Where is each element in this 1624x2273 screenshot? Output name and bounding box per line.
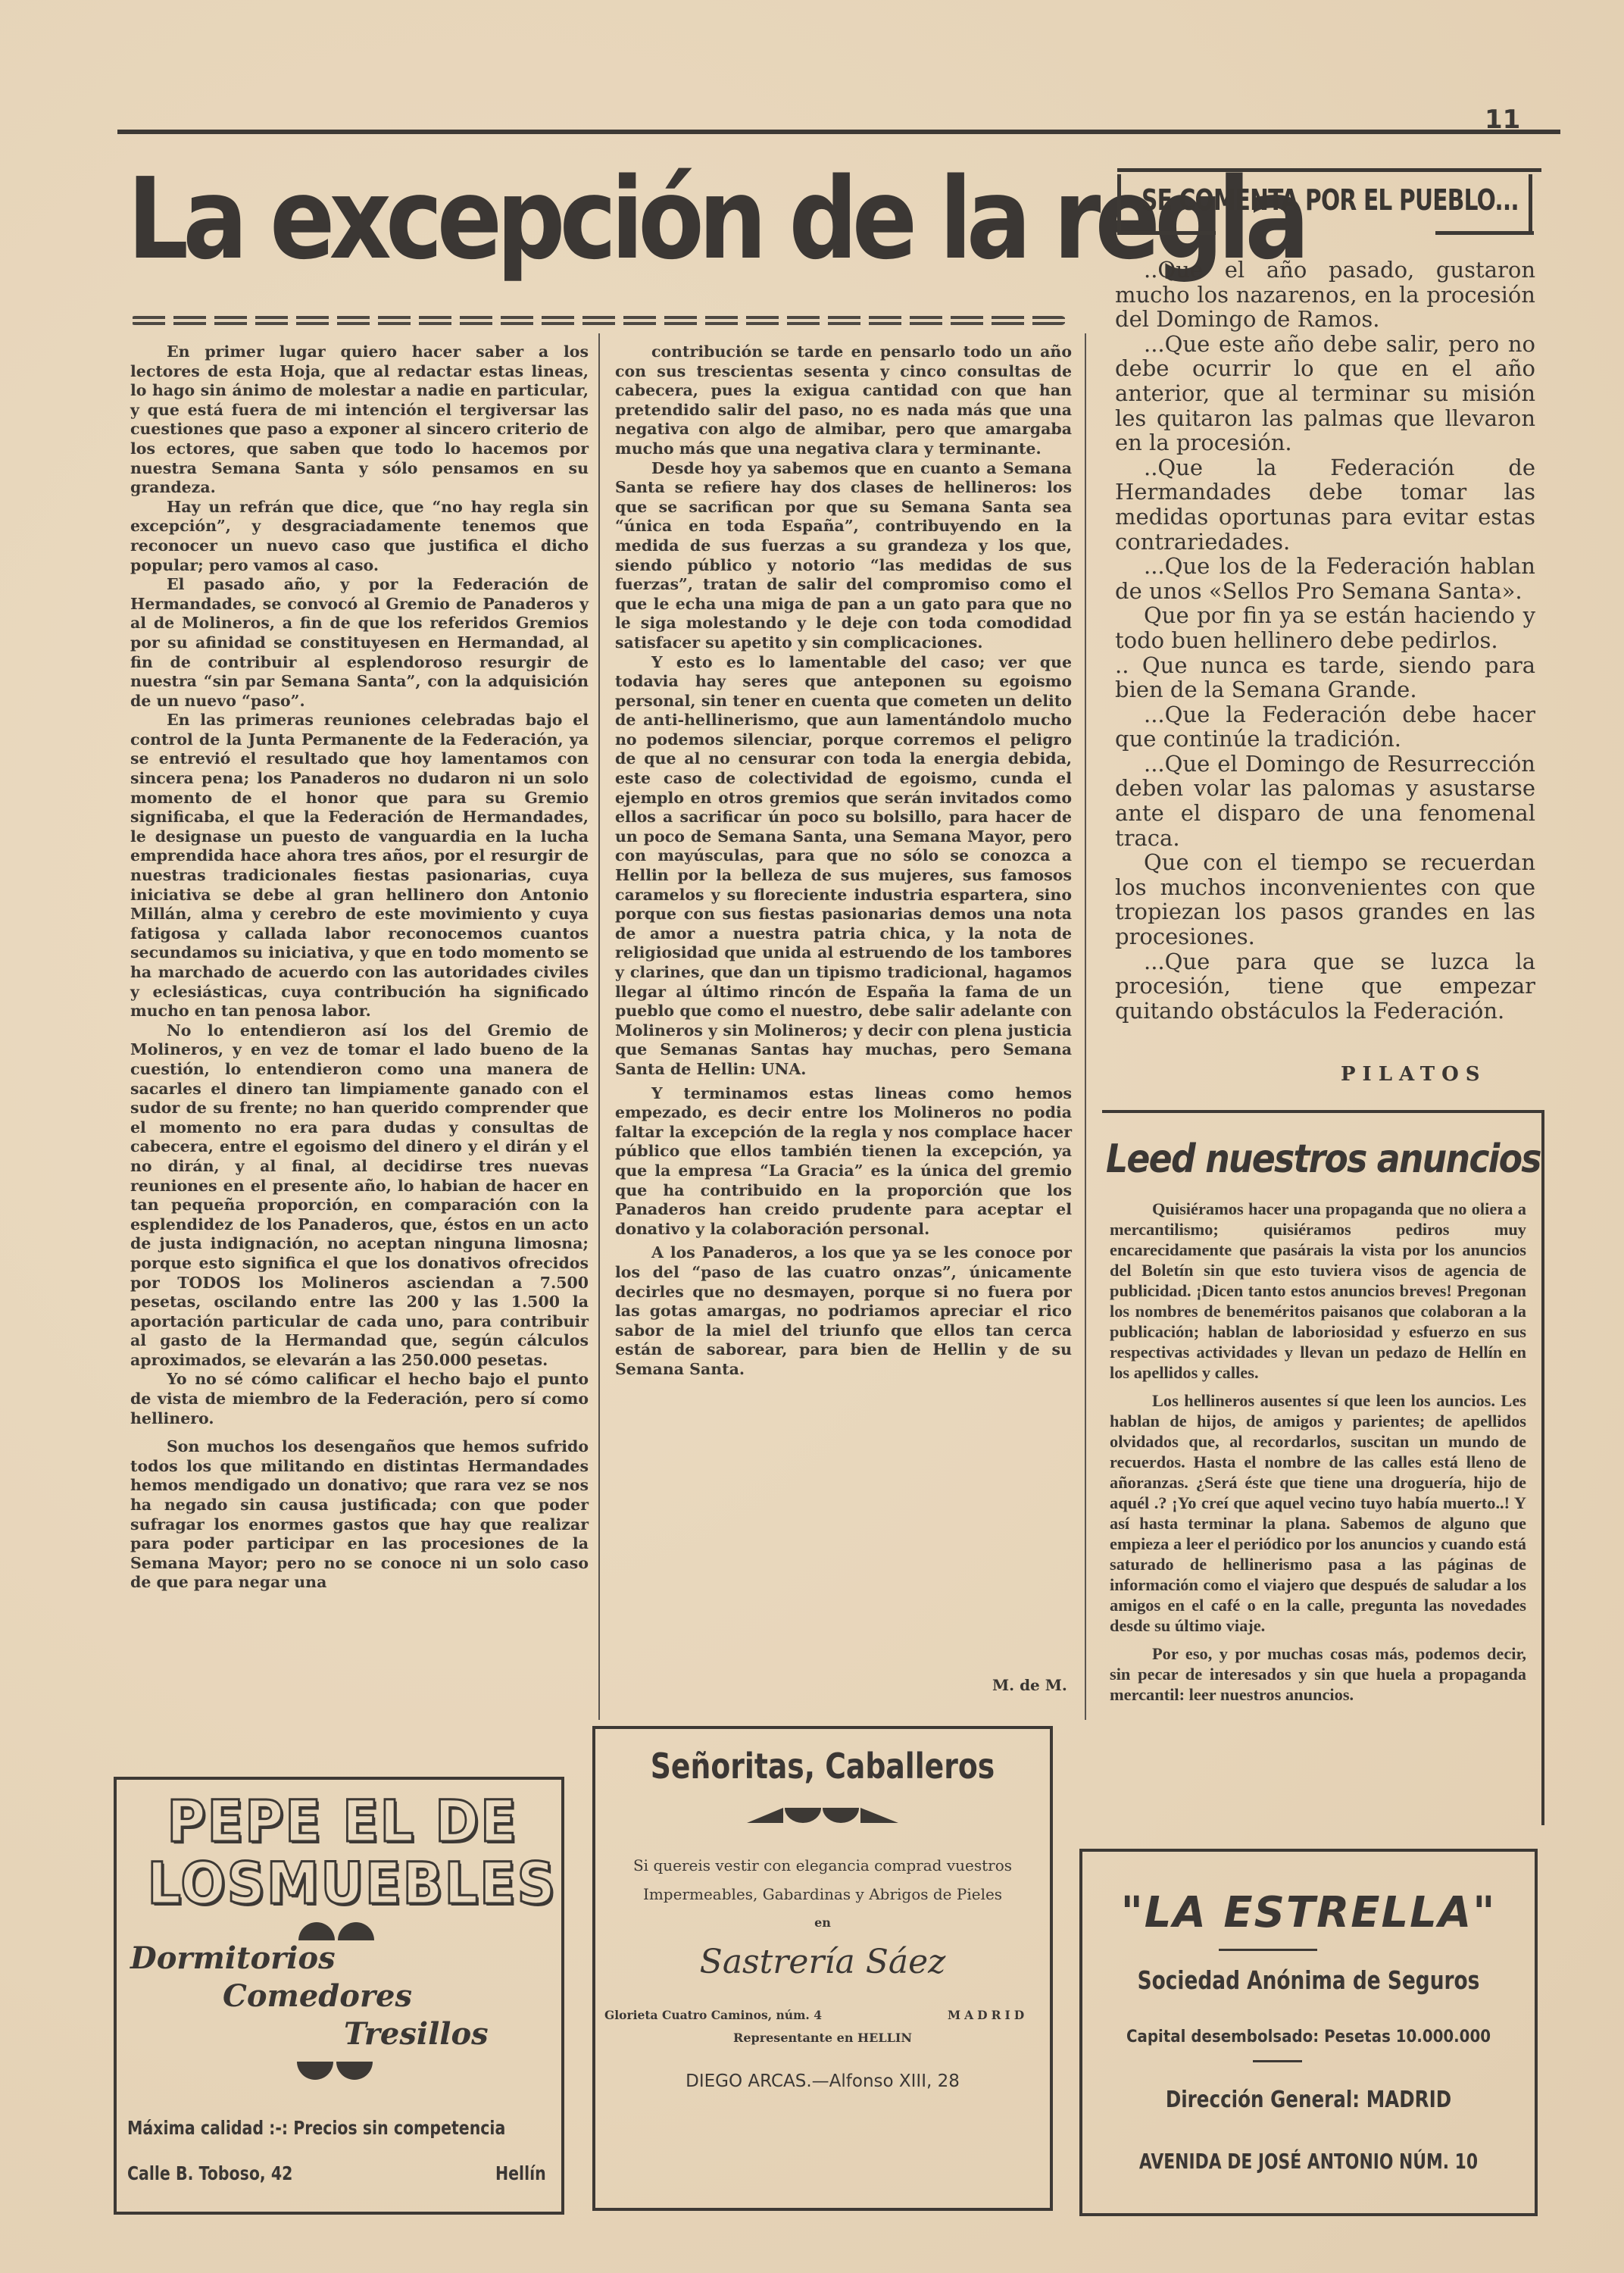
article-title: La excepción de la regla <box>127 163 948 275</box>
ad-pepe-title: PEPE EL DE LOSMUEBLES <box>147 1790 537 1915</box>
article-signature: M. de M. <box>992 1676 1067 1694</box>
ad-pepe-city: Hellín <box>495 2162 546 2184</box>
ad-pepe-tagline: Máxima calidad :-: Precios sin competenc… <box>127 2117 505 2139</box>
ad-sastre-line2: Impermeables, Gabardinas y Abrigos de Pi… <box>595 1885 1050 1903</box>
ad-estrella-subtitle: Sociedad Anónima de Seguros <box>1128 1965 1490 1995</box>
paragraph: Desde hoy ya sabemos que en cuanto a Sem… <box>615 459 1072 653</box>
ad-sastre-address: Glorieta Cuatro Caminos, núm. 4 <box>604 2008 822 2022</box>
paragraph: Y esto es lo lamentable del caso; ver qu… <box>615 653 1072 1080</box>
paragraph: Los hellineros ausentes sí que leen los … <box>1110 1390 1526 1636</box>
ad-estrella-capital: Capital desembolsado: Pesetas 10.000.000 <box>1105 2028 1512 2046</box>
header-rule <box>117 130 1560 134</box>
ornament-half-circle-icon <box>336 2062 373 2080</box>
paragraph: Yo no sé cómo calificar el hecho bajo el… <box>130 1370 589 1428</box>
paragraph: En las primeras reuniones celebradas baj… <box>130 711 589 1021</box>
ad-sastre-city: MADRID <box>948 2008 1028 2022</box>
paragraph: En primer lugar quiero hacer saber a los… <box>130 342 589 498</box>
ad-pepe-item: Dormitorios <box>130 1940 336 1976</box>
ad-pepe-muebles: PEPE EL DE LOSMUEBLES Dormitorios Comedo… <box>114 1777 564 2215</box>
ornament-half-circle-icon <box>338 1922 374 1940</box>
ad-sastre-title: Señoritas, Caballeros <box>636 1746 1009 1787</box>
ad-sastre-rep-address: DIEGO ARCAS.—Alfonso XIII, 28 <box>595 2071 1050 2091</box>
comenta-item: ...Que los de la Federación hablan de un… <box>1115 554 1535 603</box>
paragraph: Quisiéramos hacer una propaganda que no … <box>1110 1199 1526 1383</box>
ad-la-estrella: "LA ESTRELLA" Sociedad Anónima de Seguro… <box>1079 1849 1538 2216</box>
ad-sastre-en: en <box>595 1915 1050 1930</box>
leed-body: Quisiéramos hacer una propaganda que no … <box>1110 1199 1526 1712</box>
comenta-item: ..Que el año pasado, gustaron mucho los … <box>1115 258 1535 332</box>
ad-estrella-address: AVENIDA DE JOSÉ ANTONIO NÚM. 10 <box>1132 2149 1485 2174</box>
comenta-header-box: SE COMENTA POR EL PUEBLO... <box>1117 168 1541 236</box>
ad-estrella-title: "LA ESTRELLA" <box>1082 1888 1535 1937</box>
ornament-half-circle-icon <box>297 2062 333 2080</box>
ad-pepe-item: Comedores <box>223 1978 412 2014</box>
paragraph: A los Panaderos, a los que ya se les con… <box>615 1243 1072 1379</box>
article-column-1: En primer lugar quiero hacer saber a los… <box>130 342 589 1593</box>
comenta-item: ...Que para que se luzca la procesión, t… <box>1115 949 1535 1024</box>
paragraph: El pasado año, y por la Federación de He… <box>130 575 589 711</box>
ad-pepe-item: Tresillos <box>344 2016 489 2052</box>
ad-sastre-rep: Representante en HELLIN <box>595 2031 1050 2045</box>
paragraph: Por eso, y por muchas cosas más, podemos… <box>1110 1643 1526 1705</box>
comenta-title: SE COMENTA POR EL PUEBLO... <box>1141 183 1519 217</box>
paragraph: contribución se tarde en pensarlo todo u… <box>615 342 1072 459</box>
underline-divider <box>1253 2060 1302 2062</box>
ornament-icon <box>747 1806 898 1824</box>
paragraph: Hay un refrán que dice, que “no hay regl… <box>130 498 589 575</box>
paragraph: Son muchos los desengaños que hemos sufr… <box>130 1437 589 1593</box>
comenta-item: ..Que la Federación de Hermandades debe … <box>1115 455 1535 554</box>
comenta-item: Que por fin ya se están haciendo y todo … <box>1115 603 1535 652</box>
leed-title: Leed nuestros anuncios <box>1106 1136 1541 1182</box>
column-divider <box>598 333 600 1720</box>
paragraph: Y terminamos estas lineas como hemos emp… <box>615 1084 1072 1240</box>
ad-estrella-direccion: Dirección General: MADRID <box>1123 2087 1494 2113</box>
ad-sastreria-saez: Señoritas, Caballeros Si quereis vestir … <box>592 1726 1053 2211</box>
comenta-item: ...Que este año debe salir, pero no debe… <box>1115 332 1535 455</box>
comenta-signature: PILATOS <box>1341 1063 1487 1086</box>
ad-sastre-line1: Si quereis vestir con elegancia comprad … <box>595 1856 1050 1874</box>
comenta-body: ..Que el año pasado, gustaron mucho los … <box>1115 258 1535 1023</box>
ad-sastre-name: Sastrería Sáez <box>595 1943 1050 1981</box>
column-divider <box>1085 333 1086 1720</box>
underline-divider <box>1219 1949 1317 1951</box>
ad-pepe-address: Calle B. Toboso, 42 <box>127 2162 292 2184</box>
chain-divider <box>130 316 1066 325</box>
paragraph: No lo entendieron así los del Gremio de … <box>130 1021 589 1371</box>
comenta-item: Que con el tiempo se recuerdan los mucho… <box>1115 850 1535 949</box>
article-column-2: contribución se tarde en pensarlo todo u… <box>615 342 1072 1379</box>
ornament-half-circle-icon <box>298 1922 335 1940</box>
comenta-item: .. Que nunca es tarde, siendo para bien … <box>1115 653 1535 702</box>
comenta-item: ...Que el Domingo de Resurrección deben … <box>1115 752 1535 850</box>
comenta-item: ...Que la Federación debe hacer que cont… <box>1115 702 1535 752</box>
